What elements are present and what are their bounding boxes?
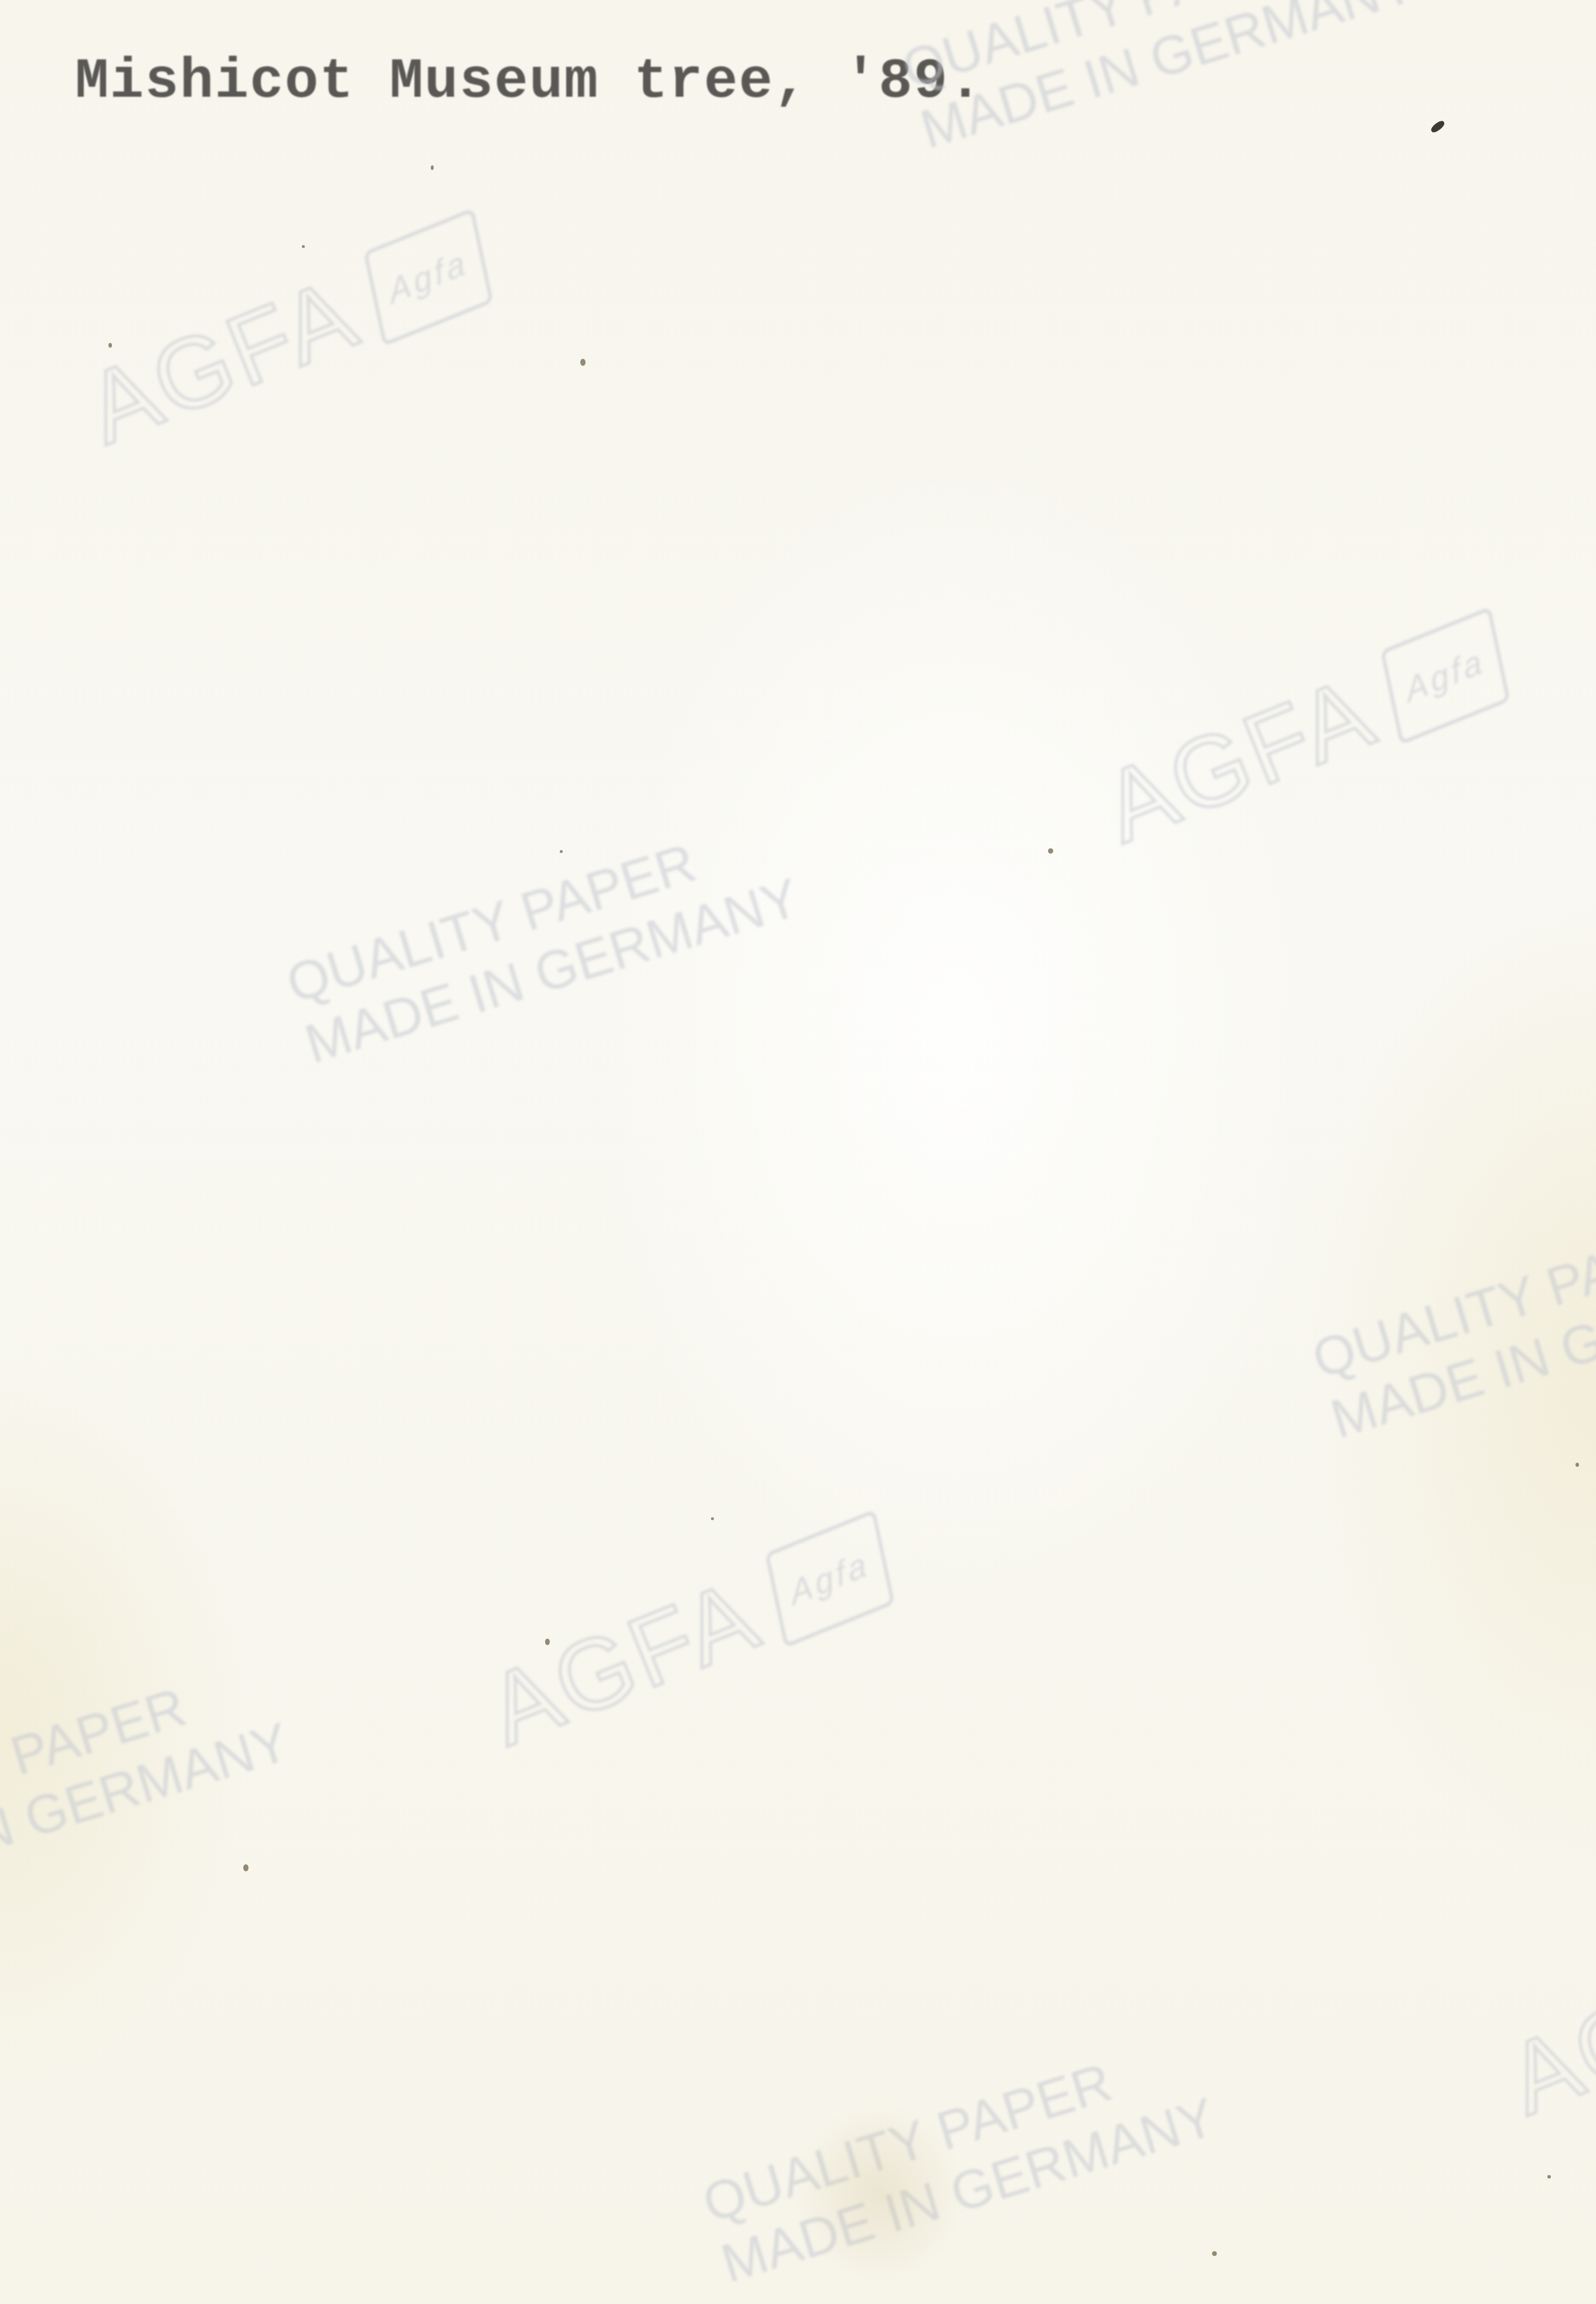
agfa-logo-icon: Agfa [364, 208, 494, 346]
paper-speck [108, 343, 112, 348]
watermark-agfa-text: AGFA [474, 1558, 775, 1766]
paper-speck [1048, 848, 1053, 854]
paper-speck [1547, 2175, 1551, 2179]
watermark-quality-paper: QUALITY PAPER MADE IN GERMANY [1305, 1181, 1596, 1452]
agfa-logo-icon: Agfa [1381, 606, 1510, 745]
paper-speck [711, 1517, 714, 1520]
watermark-agfa-text: AGFA [1493, 1928, 1596, 2136]
paper-speck [243, 1864, 249, 1871]
watermark-quality-paper: QUALITY PAPER MADE IN GERMANY [895, 0, 1422, 162]
watermark-agfa: AGFAAgfa [473, 1504, 907, 1768]
paper-speck [302, 245, 305, 248]
watermark-agfa-text: AGFA [72, 257, 373, 465]
paper-speck [545, 1639, 550, 1645]
watermark-agfa: AGFAAgfa [72, 202, 506, 467]
watermark-quality-paper: QUALITY PAPER MADE IN GERMANY [280, 806, 806, 1076]
ink-mark [1430, 120, 1446, 134]
watermark-agfa: AGFA [1493, 1926, 1596, 2138]
paper-speck [431, 165, 434, 170]
agfa-logo-icon: Agfa [765, 1509, 895, 1648]
paper-speck [560, 850, 563, 853]
watermark-quality-paper: QUALITY PAPER MADE IN GERMANY [0, 1650, 297, 1921]
paper-speck [580, 359, 586, 366]
paper-speck [1575, 1463, 1579, 1467]
watermark-agfa-text: AGFA [1089, 655, 1390, 864]
paper-stain [791, 2099, 967, 2286]
watermark-agfa: AGFAAgfa [1088, 601, 1523, 865]
typed-caption: Mishicot Museum tree, '89. [75, 50, 984, 114]
paper-speck [1212, 2251, 1217, 2256]
